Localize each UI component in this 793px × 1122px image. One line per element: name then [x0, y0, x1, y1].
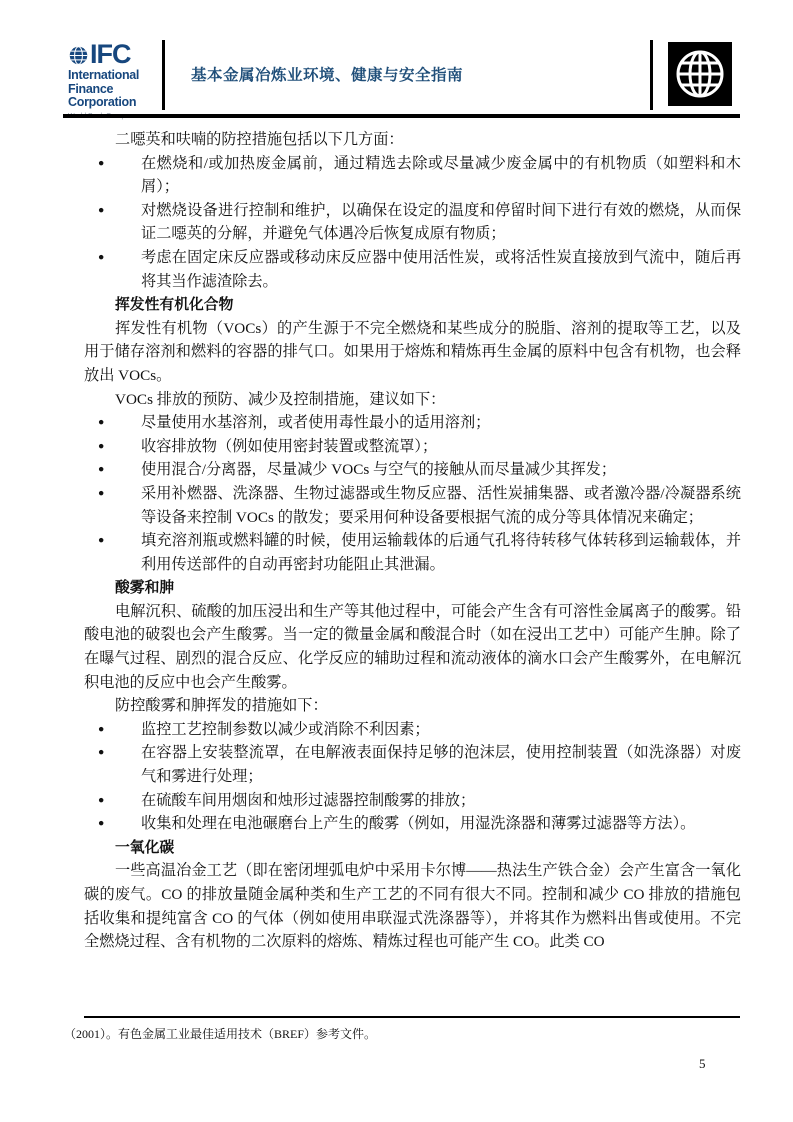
bullet-icon: ●	[98, 482, 104, 506]
page-body: 二噁英和呋喃的防控措施包括以下几方面： ● 在燃烧和/或加热废金属前，通过精选去…	[84, 128, 741, 954]
bullet-text: 在燃烧和/或加热废金属前，通过精选去除或尽量减少废金属中的有机物质（如塑料和木屑…	[141, 155, 741, 196]
bullet-text: 采用补燃器、洗涤器、生物过滤器或生物反应器、活性炭捕集器、或者激冷器/冷凝器系统…	[141, 485, 741, 526]
voc-bullet-5: ● 填充溶剂瓶或燃料罐的时候，使用运输载体的后通气孔将待转移气体转移到运输载体，…	[84, 529, 741, 576]
bullet-icon: ●	[98, 718, 104, 742]
bullet-icon: ●	[98, 458, 104, 482]
dioxin-intro-paragraph: 二噁英和呋喃的防控措施包括以下几方面：	[84, 128, 741, 152]
bullet-icon: ●	[98, 741, 104, 765]
bullet-text: 在硫酸车间用烟囱和烛形过滤器控制酸雾的排放；	[141, 792, 475, 809]
ifc-logo: IFC International Finance Corporation Wo…	[68, 42, 160, 120]
bullet-icon: ●	[98, 152, 104, 176]
bullet-text: 尽量使用水基溶剂，或者使用毒性最小的适用溶剂；	[141, 414, 490, 431]
bullet-text: 对燃烧设备进行控制和维护，以确保在设定的温度和停留时间下进行有效的燃烧，从而保证…	[141, 202, 741, 243]
ifc-name-line-2: Finance	[68, 83, 160, 97]
bullet-icon: ●	[98, 529, 104, 553]
bullet-text: 填充溶剂瓶或燃料罐的时候，使用运输载体的后通气孔将待转移气体转移到运输载体，并利…	[141, 532, 741, 573]
document-page: IFC International Finance Corporation Wo…	[0, 0, 793, 1122]
ifc-name-line-1: International	[68, 69, 160, 83]
bullet-icon: ●	[98, 812, 104, 836]
dioxin-bullet-3: ● 考虑在固定床反应器或移动床反应器中使用活性炭，或将活性炭直接放到气流中，随后…	[84, 246, 741, 293]
acid-bullet-3: ● 在硫酸车间用烟囱和烛形过滤器控制酸雾的排放；	[84, 789, 741, 813]
acid-bullet-2: ● 在容器上安装整流罩，在电解液表面保持足够的泡沫层，使用控制装置（如洗涤器）对…	[84, 741, 741, 788]
document-title: 基本金属冶炼业环境、健康与安全指南	[191, 63, 463, 85]
section-heading-co: 一氧化碳	[84, 836, 741, 860]
ifc-acronym: IFC	[90, 42, 131, 66]
footnote-text: （2001）。有色金属工业最佳适用技术（BREF）参考文件。	[64, 1026, 664, 1043]
footnote-separator	[84, 1016, 740, 1018]
bullet-text: 使用混合/分离器，尽量减少 VOCs 与空气的接触从而尽量减少其挥发；	[141, 461, 616, 478]
voc-bullet-2: ● 收容排放物（例如使用密封装置或整流罩）；	[84, 435, 741, 459]
world-bank-globe-icon	[668, 42, 732, 106]
ifc-globe-icon	[68, 45, 89, 66]
header-rule	[63, 114, 740, 118]
dioxin-bullet-1: ● 在燃烧和/或加热废金属前，通过精选去除或尽量减少废金属中的有机物质（如塑料和…	[84, 152, 741, 199]
bullet-icon: ●	[98, 789, 104, 813]
bullet-icon: ●	[98, 435, 104, 459]
voc-bullet-1: ● 尽量使用水基溶剂，或者使用毒性最小的适用溶剂；	[84, 411, 741, 435]
bullet-text: 监控工艺控制参数以减少或消除不利因素；	[141, 721, 430, 738]
page-number: 5	[699, 1056, 706, 1072]
voc-bullet-4: ● 采用补燃器、洗涤器、生物过滤器或生物反应器、活性炭捕集器、或者激冷器/冷凝器…	[84, 482, 741, 529]
acid-bullet-4: ● 收集和处理在电池碾磨台上产生的酸雾（例如，用湿洗涤器和薄雾过滤器等方法）。	[84, 812, 741, 836]
bullet-text: 收集和处理在电池碾磨台上产生的酸雾（例如，用湿洗涤器和薄雾过滤器等方法）。	[141, 815, 695, 832]
header-divider-right	[650, 40, 653, 110]
section-heading-voc: 挥发性有机化合物	[84, 293, 741, 317]
acid-paragraph-2: 防控酸雾和胂挥发的措施如下：	[84, 694, 741, 718]
co-paragraph-1: 一些高温冶金工艺（即在密闭埋弧电炉中采用卡尔博——热法生产铁合金）会产生富含一氧…	[84, 859, 741, 953]
voc-bullet-3: ● 使用混合/分离器，尽量减少 VOCs 与空气的接触从而尽量减少其挥发；	[84, 458, 741, 482]
ifc-name-line-3: Corporation	[68, 96, 160, 110]
bullet-text: 收容排放物（例如使用密封装置或整流罩）；	[141, 438, 437, 455]
voc-paragraph-2: VOCs 排放的预防、减少及控制措施，建议如下：	[84, 388, 741, 412]
acid-paragraph-1: 电解沉积、硫酸的加压浸出和生产等其他过程中，可能会产生含有可溶性金属离子的酸雾。…	[84, 600, 741, 694]
voc-paragraph-1: 挥发性有机物（VOCs）的产生源于不完全燃烧和某些成分的脱脂、溶剂的提取等工艺，…	[84, 317, 741, 388]
bullet-text: 在容器上安装整流罩，在电解液表面保持足够的泡沫层，使用控制装置（如洗涤器）对废气…	[141, 744, 741, 785]
bullet-icon: ●	[98, 199, 104, 223]
section-heading-acid-mist: 酸雾和胂	[84, 576, 741, 600]
bullet-text: 考虑在固定床反应器或移动床反应器中使用活性炭，或将活性炭直接放到气流中，随后再将…	[141, 249, 741, 290]
bullet-icon: ●	[98, 246, 104, 270]
acid-bullet-1: ● 监控工艺控制参数以减少或消除不利因素；	[84, 718, 741, 742]
header-divider-left	[162, 40, 165, 110]
dioxin-bullet-2: ● 对燃烧设备进行控制和维护，以确保在设定的温度和停留时间下进行有效的燃烧，从而…	[84, 199, 741, 246]
bullet-icon: ●	[98, 411, 104, 435]
